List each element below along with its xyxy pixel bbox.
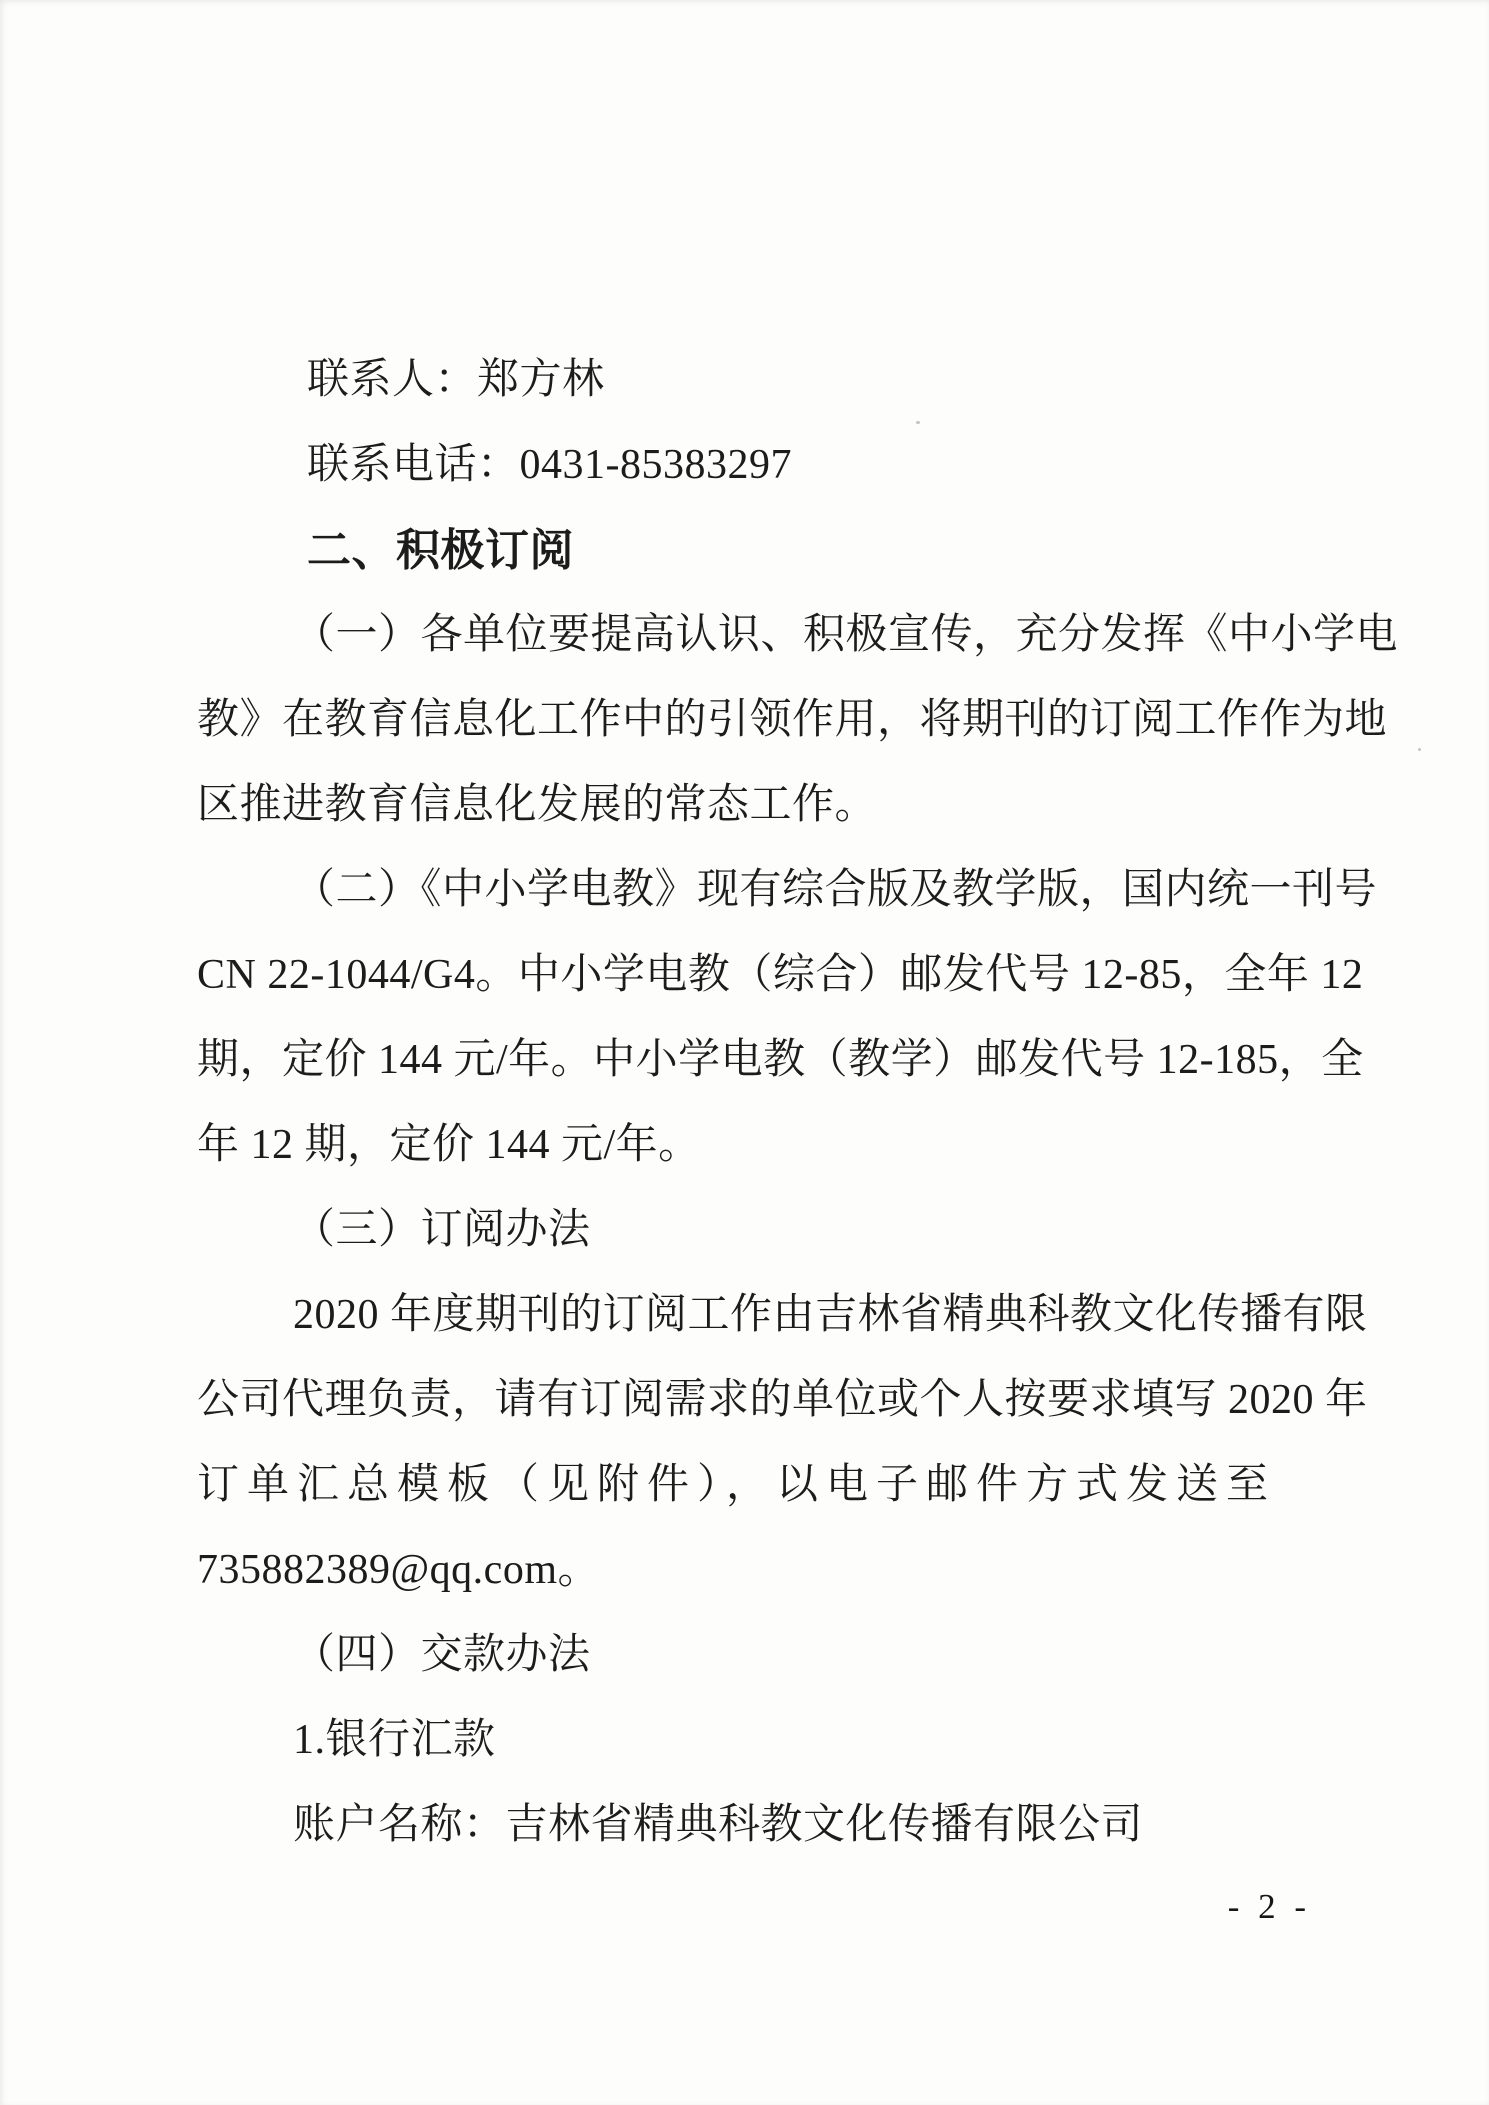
para-2-line-2: CN 22-1044/G4。中小学电教（综合）邮发代号 12-85，全年 12 [197,933,1327,1018]
para-1-line-2: 教》在教育信息化工作中的引领作用，将期刊的订阅工作作为地 [197,678,1327,763]
para-2-line-3: 期，定价 144 元/年。中小学电教（教学）邮发代号 12-185，全 [197,1018,1327,1103]
para-3-line-4-email: 735882389@qq.com。 [197,1528,1327,1613]
scanned-document-page: 联系人：郑方林 联系电话：0431-85383297 二、积极订阅 （一）各单位… [0,0,1489,2105]
para-1-line-1: （一）各单位要提高认识、积极宣传，充分发挥《中小学电 [197,593,1327,678]
document-body: 联系人：郑方林 联系电话：0431-85383297 二、积极订阅 （一）各单位… [197,338,1327,1868]
item-1-bank-transfer: 1.银行汇款 [197,1698,1327,1783]
contact-person-line: 联系人：郑方林 [197,338,1327,423]
account-name-line: 账户名称：吉林省精典科教文化传播有限公司 [197,1783,1327,1868]
para-3-line-1: 2020 年度期刊的订阅工作由吉林省精典科教文化传播有限 [197,1273,1327,1358]
para-3-line-3: 订单汇总模板（见附件），以电子邮件方式发送至 [197,1443,1327,1528]
subsection-4-heading: （四）交款办法 [197,1613,1327,1698]
contact-phone-line: 联系电话：0431-85383297 [197,423,1327,508]
page-number: - 2 - [1228,1882,1311,1932]
scan-speck [916,421,920,424]
para-2-line-4: 年 12 期，定价 144 元/年。 [197,1103,1327,1188]
para-2-line-1: （二）《中小学电教》现有综合版及教学版，国内统一刊号 [197,848,1327,933]
para-1-line-3: 区推进教育信息化发展的常态工作。 [197,763,1327,848]
section-2-heading: 二、积极订阅 [197,508,1327,593]
subsection-3-heading: （三）订阅办法 [197,1188,1327,1273]
scan-speck [1418,748,1421,751]
para-3-line-2: 公司代理负责，请有订阅需求的单位或个人按要求填写 2020 年 [197,1358,1327,1443]
